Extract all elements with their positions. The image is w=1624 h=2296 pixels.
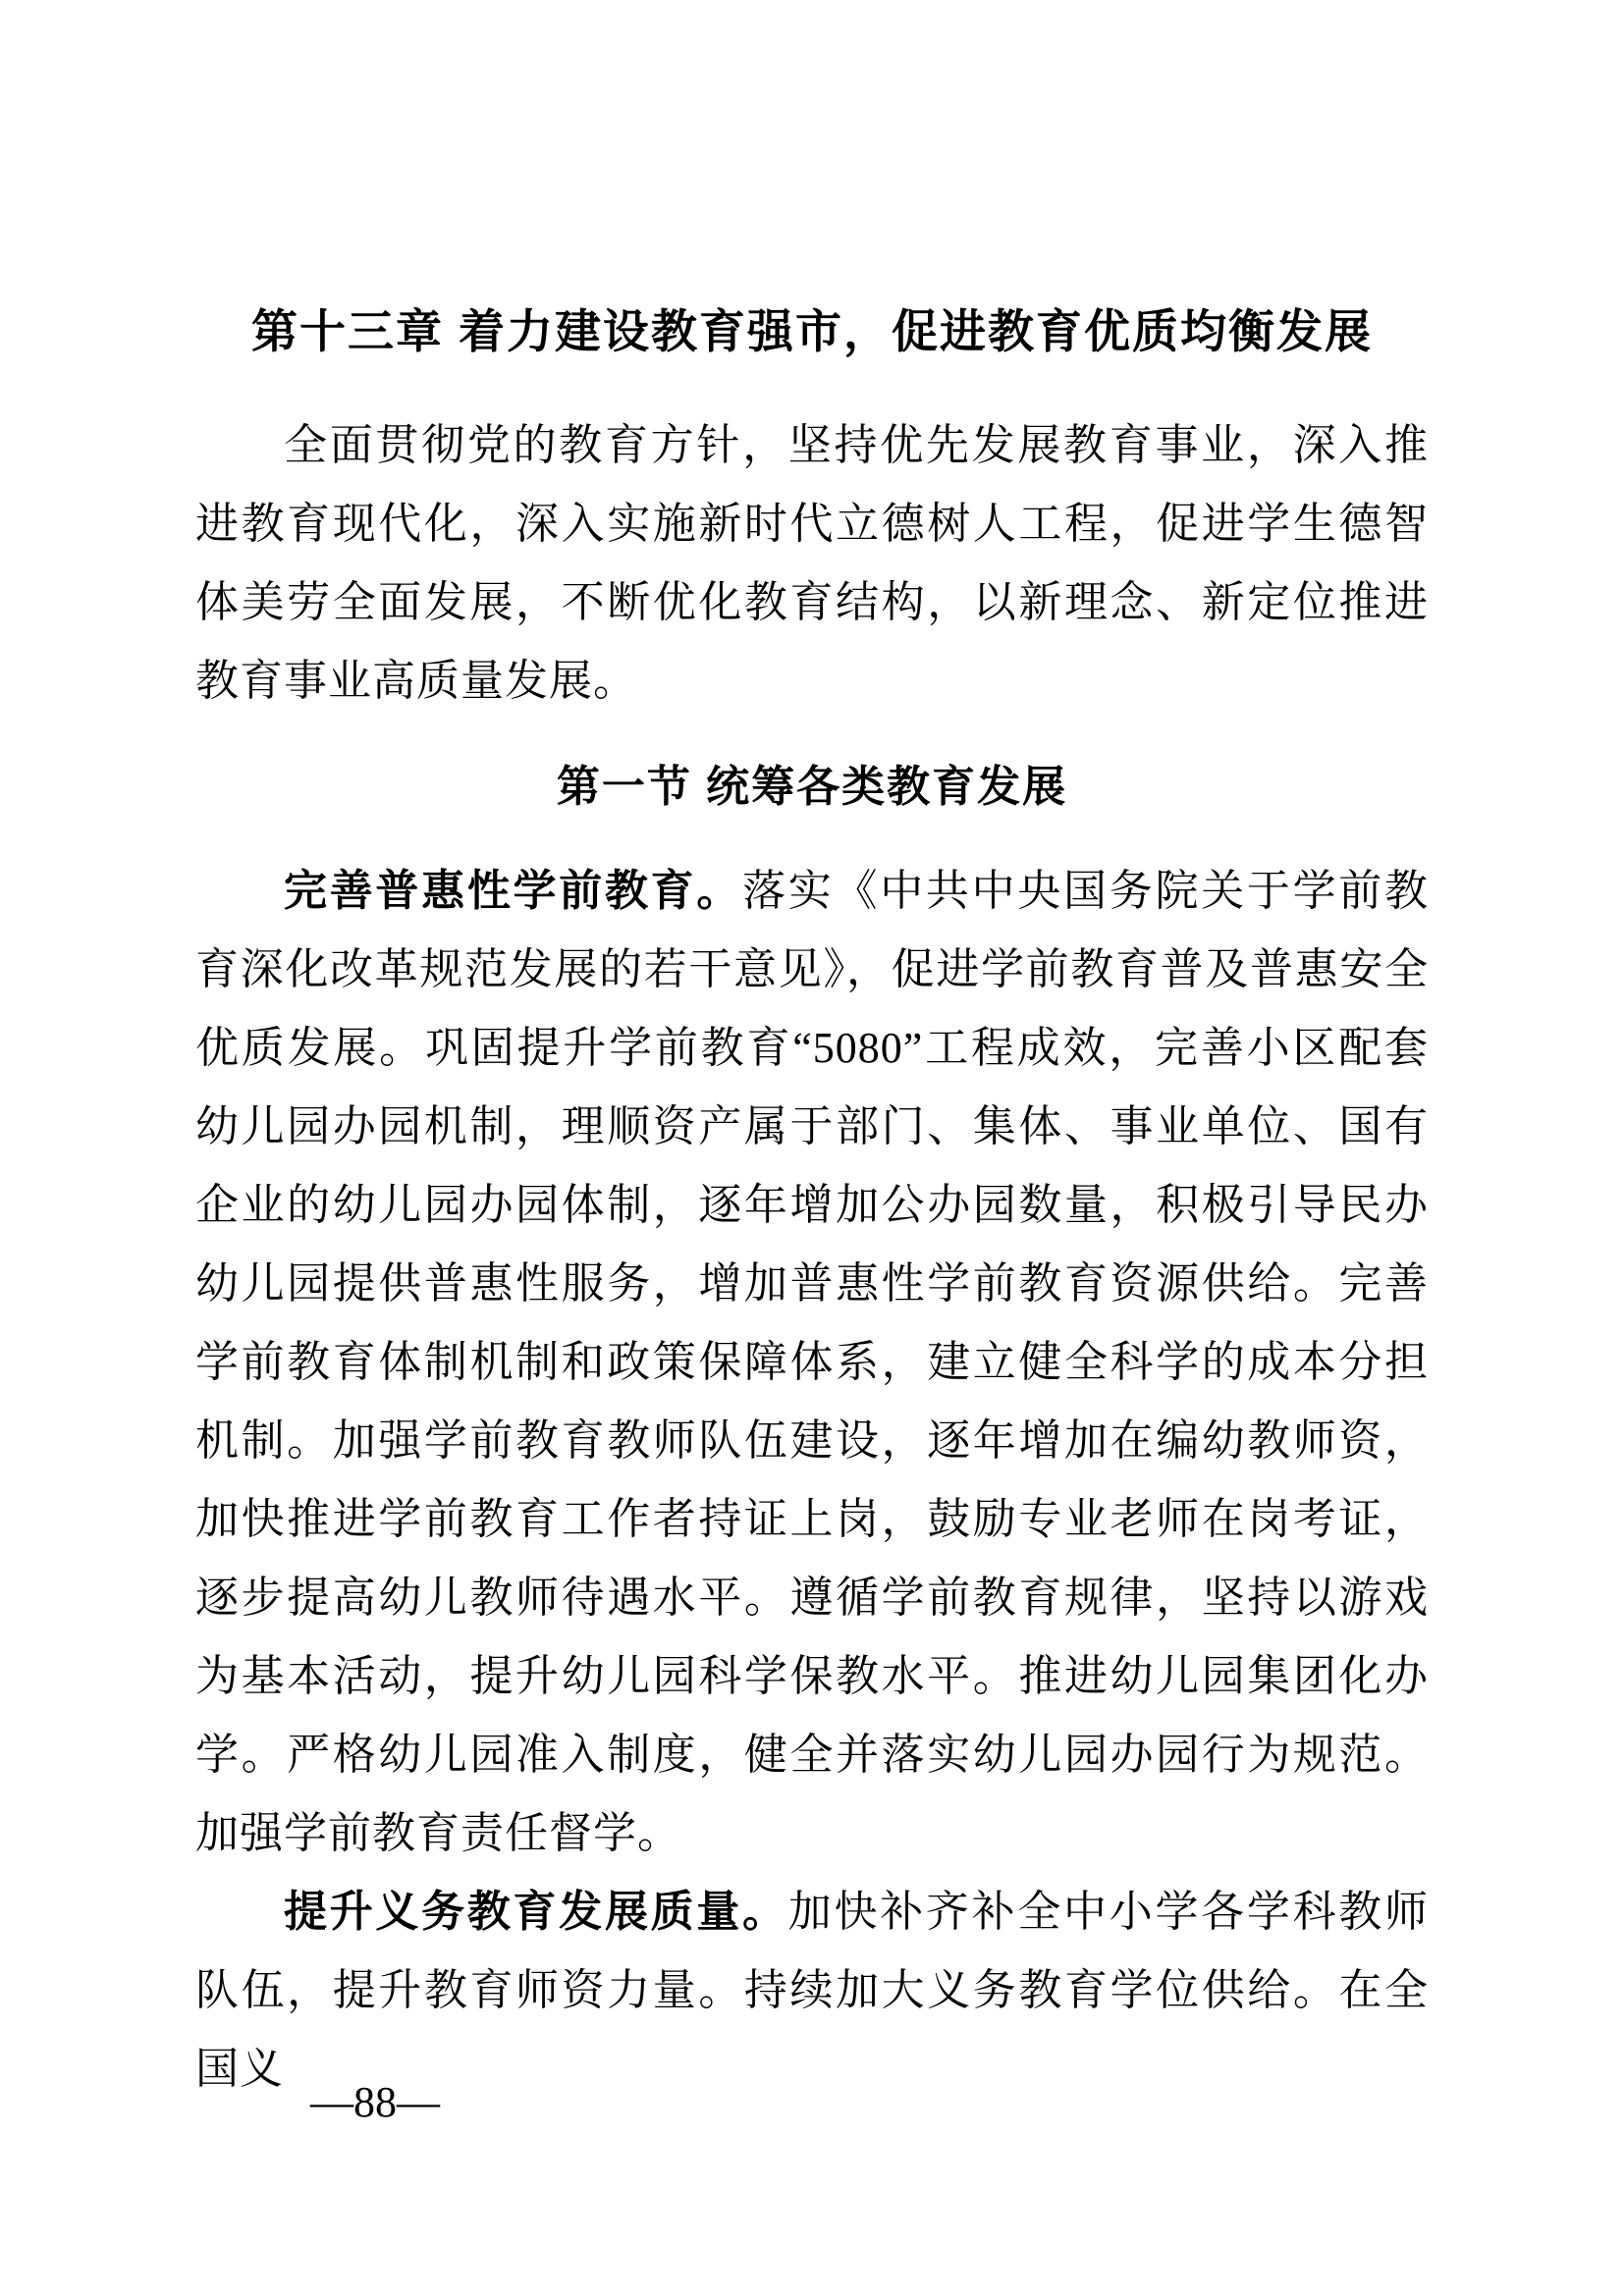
paragraph-text: 落实《中共中央国务院关于学前教育深化改革规范发展的若干意见》，促进学前教育普及普… [195,867,1429,1857]
intro-paragraph: 全面贯彻党的教育方针，坚持优先发展教育事业，深入推进教育现代化，深入实施新时代立… [195,406,1429,721]
section-title: 第一节 统筹各类教育发展 [195,748,1429,827]
page-number: —88— [310,2079,440,2126]
chapter-title: 第十三章 着力建设教育强市，促进教育优质均衡发展 [0,0,1624,357]
page-body: 全面贯彻党的教育方针，坚持优先发展教育事业，深入推进教育现代化，深入实施新时代立… [195,406,1429,2109]
document-page: 第十三章 着力建设教育强市，促进教育优质均衡发展 全面贯彻党的教育方针，坚持优先… [0,0,1624,2296]
paragraph-lead: 提升义务教育发展质量。 [284,1888,788,1936]
paragraph-compulsory-education: 提升义务教育发展质量。加快补齐补全中小学各学科教师队伍，提升教育师资力量。持续加… [195,1873,1429,2109]
paragraph-preschool-education: 完善普惠性学前教育。落实《中共中央国务院关于学前教育深化改革规范发展的若干意见》… [195,852,1429,1873]
paragraph-lead: 完善普惠性学前教育。 [284,867,742,915]
